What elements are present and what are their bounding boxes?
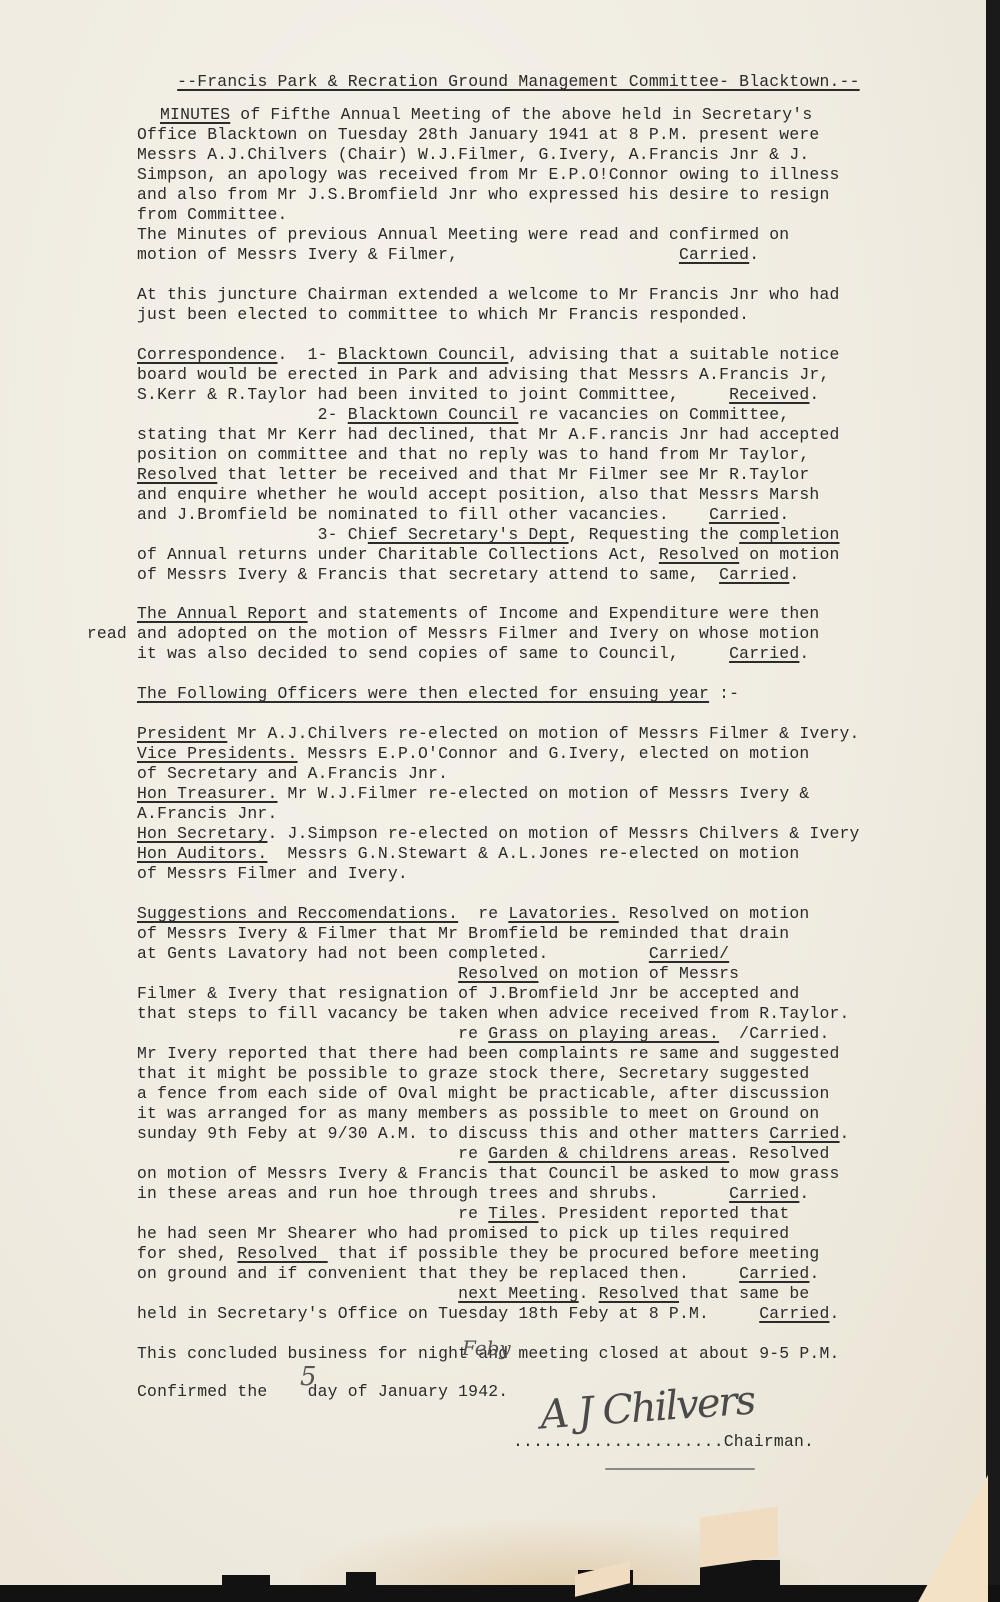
- text-run: . President reported that: [538, 1204, 789, 1223]
- text-run: on motion of Messrs Ivery & Francis that…: [137, 1164, 840, 1183]
- text-line: The Following Officers were then elected…: [137, 684, 739, 704]
- underlined-text: Carried/: [649, 944, 729, 963]
- text-line: Resolved on motion of Messrs: [137, 964, 739, 984]
- text-line: President Mr A.J.Chilvers re-elected on …: [137, 724, 860, 744]
- text-run: re: [137, 1204, 488, 1223]
- text-run: 3- Ch: [137, 525, 368, 544]
- text-run: Office Blacktown on Tuesday 28th January…: [137, 125, 819, 144]
- text-run: on ground and if convenient that they be…: [137, 1264, 739, 1283]
- text-run: that if possible they be procured before…: [328, 1244, 820, 1263]
- text-line: next Meeting. Resolved that same be: [137, 1284, 809, 1304]
- text-line: a fence from each side of Oval might be …: [137, 1084, 829, 1104]
- text-run: re: [137, 1144, 488, 1163]
- text-run: from Committee.: [137, 205, 288, 224]
- underlined-text: Carried: [739, 1264, 809, 1283]
- text-line: re Grass on playing areas. /Carried.: [137, 1024, 830, 1044]
- underlined-text: Resolved: [237, 1244, 327, 1263]
- text-run: [137, 1284, 458, 1303]
- text-line: motion of Messrs Ivery & Filmer, Carried…: [137, 245, 759, 265]
- text-run: and enquire whether he would accept posi…: [137, 485, 819, 504]
- text-run: At this juncture Chairman extended a wel…: [137, 285, 840, 304]
- text-line: of Messrs Filmer and Ivery.: [137, 864, 408, 884]
- text-line: Correspondence. 1- Blacktown Council, ad…: [137, 345, 840, 365]
- text-run: a fence from each side of Oval might be …: [137, 1084, 829, 1103]
- text-run: of Messrs Ivery & Francis that secretary…: [137, 565, 719, 584]
- text-run: motion of Messrs Ivery & Filmer,: [137, 245, 679, 264]
- underlined-text: Carried: [719, 565, 789, 584]
- text-run: of Secretary and A.Francis Jnr.: [137, 764, 448, 783]
- text-run: Confirmed the day of January 1942.: [137, 1382, 508, 1401]
- underlined-text: Hon Treasurer.: [137, 784, 278, 803]
- text-line: read and adopted on the motion of Messrs…: [137, 624, 819, 644]
- text-line: at Gents Lavatory had not been completed…: [137, 944, 729, 964]
- handwritten-month-correction: Feby: [462, 1336, 511, 1360]
- text-line: and enquire whether he would accept posi…: [137, 485, 819, 505]
- underlined-text: Suggestions and Reccomendations.: [137, 904, 458, 923]
- text-run: of Messrs Ivery & Filmer that Mr Bromfie…: [137, 924, 789, 943]
- text-line: board would be erected in Park and advis…: [137, 365, 829, 385]
- underlined-text: The Annual Report: [137, 604, 308, 623]
- text-line: from Committee.: [137, 205, 288, 225]
- text-run: sunday 9th Feby at 9/30 A.M. to discuss …: [137, 1124, 769, 1143]
- text-run: .: [809, 1264, 819, 1283]
- text-line: it was also decided to send copies of sa…: [137, 644, 809, 664]
- text-run: Filmer & Ivery that resignation of: [137, 984, 488, 1003]
- underlined-text: Received: [729, 385, 809, 404]
- underlined-text: completion: [739, 525, 839, 544]
- text-run: Mr W.J.Filmer re-elected on motion of Me…: [278, 784, 810, 803]
- text-line: Suggestions and Reccomendations. re Lava…: [137, 904, 809, 924]
- text-run: , advising that a suitable notice: [508, 345, 839, 364]
- text-run: on motion: [739, 545, 839, 564]
- text-run: re vacancies on Committee,: [518, 405, 789, 424]
- underlined-text: Lavatories.: [508, 904, 618, 923]
- document-heading: --Francis Park & Recration Ground Manage…: [137, 52, 860, 112]
- underlined-text: Resolved: [458, 964, 538, 983]
- underlined-text: Blacktown Council: [338, 345, 509, 364]
- text-run: he had seen Mr Shearer who had promised …: [137, 1224, 789, 1243]
- text-line: of Annual returns under Charitable Colle…: [137, 545, 840, 565]
- text-run: . J.Simpson re-elected on motion of Mess…: [267, 824, 859, 843]
- text-line: held in Secretary's Office on Tuesday 18…: [137, 1304, 840, 1324]
- underlined-text: Tiles: [488, 1204, 538, 1223]
- underlined-text: Resolved: [137, 465, 217, 484]
- text-run: held in Secretary's Office on Tuesday 18…: [137, 1304, 759, 1323]
- text-run: S.Kerr & R.Taylor had been invited to jo…: [137, 385, 729, 404]
- text-run: 2-: [137, 405, 348, 424]
- text-run: that it might be possible to graze stock…: [137, 1064, 809, 1083]
- text-line: in these areas and run hoe through trees…: [137, 1184, 809, 1204]
- text-run: .: [579, 1284, 599, 1303]
- text-line: on ground and if convenient that they be…: [137, 1264, 819, 1284]
- text-line: Hon Auditors. Messrs G.N.Stewart & A.L.J…: [137, 844, 799, 864]
- text-run: Resolved on motion: [619, 904, 810, 923]
- underlined-text: Carried: [679, 245, 749, 264]
- underlined-text: ief Secretary's Dept: [368, 525, 569, 544]
- text-line: Vice Presidents. Messrs E.P.O'Connor and…: [137, 744, 809, 764]
- text-run: .: [779, 505, 789, 524]
- underlined-text: Hon Auditors.: [137, 844, 267, 863]
- text-line: MINUTES of Fifthe Annual Meeting of the …: [160, 105, 812, 125]
- text-run: in these areas and run hoe through trees…: [137, 1184, 729, 1203]
- text-run: .: [809, 385, 819, 404]
- underlined-text: Resolved: [659, 545, 739, 564]
- heading-text: --Francis Park & Recration Ground Manage…: [177, 72, 859, 91]
- text-line: The Annual Report and statements of Inco…: [137, 604, 819, 624]
- text-line: 2- Blacktown Council re vacancies on Com…: [137, 405, 789, 425]
- underlined-text: next Meeting: [458, 1284, 578, 1303]
- text-run: that steps to fill vacancy be taken when…: [137, 1004, 850, 1023]
- text-line: Hon Secretary. J.Simpson re-elected on m…: [137, 824, 860, 844]
- text-run: . 1-: [278, 345, 338, 364]
- text-run: . Resolved: [729, 1144, 829, 1163]
- text-run: of Messrs Filmer and Ivery.: [137, 864, 408, 883]
- text-run: , Requesting the: [569, 525, 740, 544]
- text-line: Confirmed the day of January 1942.: [137, 1382, 508, 1402]
- text-line: S.Kerr & R.Taylor had been invited to jo…: [137, 385, 819, 405]
- dark-background-edge: [986, 0, 1000, 1602]
- text-line: Hon Treasurer. Mr W.J.Filmer re-elected …: [137, 784, 809, 804]
- margin-text: read: [87, 624, 137, 644]
- text-line: A.Francis Jnr.: [137, 804, 278, 824]
- text-run: and statements of Income and Expenditure…: [308, 604, 820, 623]
- tear-hole: [346, 1572, 376, 1602]
- underlined-text: Carried: [709, 505, 779, 524]
- text-run: at Gents Lavatory had not been completed…: [137, 944, 649, 963]
- text-line: that steps to fill vacancy be taken when…: [137, 1004, 850, 1024]
- underlined-text: Resolved: [599, 1284, 679, 1303]
- text-line: and also from Mr J.S.Bromfield Jnr who e…: [137, 185, 829, 205]
- text-run: J.Bromfield Jnr be accepted and: [488, 984, 799, 1003]
- underlined-text: Garden & childrens areas: [488, 1144, 729, 1163]
- text-run: .: [789, 565, 799, 584]
- text-run: A.Francis Jnr.: [137, 804, 278, 823]
- text-run: Messrs E.P.O'Connor and G.Ivery, elected…: [298, 744, 810, 763]
- text-run: Messrs G.N.Stewart & A.L.Jones re-electe…: [267, 844, 799, 863]
- text-run: that same be: [679, 1284, 809, 1303]
- underlined-text: MINUTES: [160, 105, 230, 124]
- text-run: /Carried.: [719, 1024, 829, 1043]
- text-line: Filmer & Ivery that resignation of J.Bro…: [137, 984, 799, 1004]
- text-run: just been elected to committee to which …: [137, 305, 749, 324]
- text-run: it was arranged for as many members as p…: [137, 1104, 819, 1123]
- text-line: Simpson, an apology was received from Mr…: [137, 165, 840, 185]
- text-run: of Annual returns under Charitable Colle…: [137, 545, 659, 564]
- text-run: .: [799, 1184, 809, 1203]
- underlined-text: Hon Secretary: [137, 824, 267, 843]
- text-line: of Secretary and A.Francis Jnr.: [137, 764, 448, 784]
- text-run: re: [458, 904, 508, 923]
- text-line: that it might be possible to graze stock…: [137, 1064, 809, 1084]
- text-run: Messrs A.J.Chilvers (Chair) W.J.Filmer, …: [137, 145, 809, 164]
- handwritten-day: 5: [300, 1362, 317, 1392]
- text-line: of Messrs Ivery & Filmer that Mr Bromfie…: [137, 924, 789, 944]
- text-line: on motion of Messrs Ivery & Francis that…: [137, 1164, 840, 1184]
- text-run: it was also decided to send copies of sa…: [137, 644, 729, 663]
- text-line: of Messrs Ivery & Francis that secretary…: [137, 565, 799, 585]
- text-line: At this juncture Chairman extended a wel…: [137, 285, 840, 305]
- folded-corner: [918, 1475, 988, 1602]
- text-line: it was arranged for as many members as p…: [137, 1104, 819, 1124]
- text-run: that letter be received and that Mr Film…: [217, 465, 809, 484]
- underlined-text: Carried: [729, 1184, 799, 1203]
- text-run: board would be erected in Park and advis…: [137, 365, 829, 384]
- chairman-signature-line: .....................Chairman.: [513, 1432, 814, 1452]
- text-run: of Fifthe Annual Meeting of the above he…: [230, 105, 812, 124]
- text-run: for shed,: [137, 1244, 237, 1263]
- underlined-text: President: [137, 724, 227, 743]
- underlined-text: Correspondence: [137, 345, 278, 364]
- text-run: The Minutes of previous Annual Meeting w…: [137, 225, 789, 244]
- text-line: just been elected to committee to which …: [137, 305, 749, 325]
- text-run: and also from Mr J.S.Bromfield Jnr who e…: [137, 185, 829, 204]
- tear-hole: [700, 1560, 780, 1602]
- text-line: Resolved that letter be received and tha…: [137, 465, 809, 485]
- text-run: [137, 964, 458, 983]
- text-run: position on committee and that no reply …: [137, 445, 809, 464]
- text-line: he had seen Mr Shearer who had promised …: [137, 1224, 789, 1244]
- text-run: .: [840, 1124, 850, 1143]
- text-line: 3- Chief Secretary's Dept, Requesting th…: [137, 525, 840, 545]
- underlined-text: Carried: [729, 644, 799, 663]
- text-line: Messrs A.J.Chilvers (Chair) W.J.Filmer, …: [137, 145, 809, 165]
- text-line: The Minutes of previous Annual Meeting w…: [137, 225, 789, 245]
- underlined-text: Vice Presidents.: [137, 744, 298, 763]
- text-line: position on committee and that no reply …: [137, 445, 809, 465]
- underlined-text: The Following Officers were then elected…: [137, 684, 709, 703]
- tear-hole: [222, 1575, 270, 1602]
- underlined-text: Carried: [769, 1124, 839, 1143]
- underlined-text: Blacktown Council: [348, 405, 519, 424]
- text-line: stating that Mr Kerr had declined, that …: [137, 425, 840, 445]
- text-line: for shed, Resolved that if possible they…: [137, 1244, 819, 1264]
- text-run: Simpson, an apology was received from Mr…: [137, 165, 840, 184]
- text-run: :-: [709, 684, 739, 703]
- underlined-text: Carried: [759, 1304, 829, 1323]
- text-line: Mr Ivery reported that there had been co…: [137, 1044, 840, 1064]
- text-run: .: [749, 245, 759, 264]
- text-line: re Garden & childrens areas. Resolved: [137, 1144, 830, 1164]
- text-run: Mr Ivery reported that there had been co…: [137, 1044, 840, 1063]
- text-line: re Tiles. President reported that: [137, 1204, 789, 1224]
- torn-edge: [0, 1585, 1000, 1602]
- text-line: and J.Bromfield be nominated to fill oth…: [137, 505, 789, 525]
- text-run: .: [799, 644, 809, 663]
- text-run: .: [830, 1304, 840, 1323]
- text-line: sunday 9th Feby at 9/30 A.M. to discuss …: [137, 1124, 850, 1144]
- text-run: on motion of Messrs: [538, 964, 739, 983]
- text-run: re: [137, 1024, 488, 1043]
- signature-underline: [605, 1468, 755, 1470]
- text-run: and adopted on the motion of Messrs Film…: [137, 624, 819, 643]
- text-run: and J.Bromfield be nominated to fill oth…: [137, 505, 709, 524]
- underlined-text: Grass on playing areas.: [488, 1024, 719, 1043]
- text-run: stating that Mr Kerr had declined, that …: [137, 425, 840, 444]
- text-run: Mr A.J.Chilvers re-elected on motion of …: [227, 724, 859, 743]
- text-line: Office Blacktown on Tuesday 28th January…: [137, 125, 819, 145]
